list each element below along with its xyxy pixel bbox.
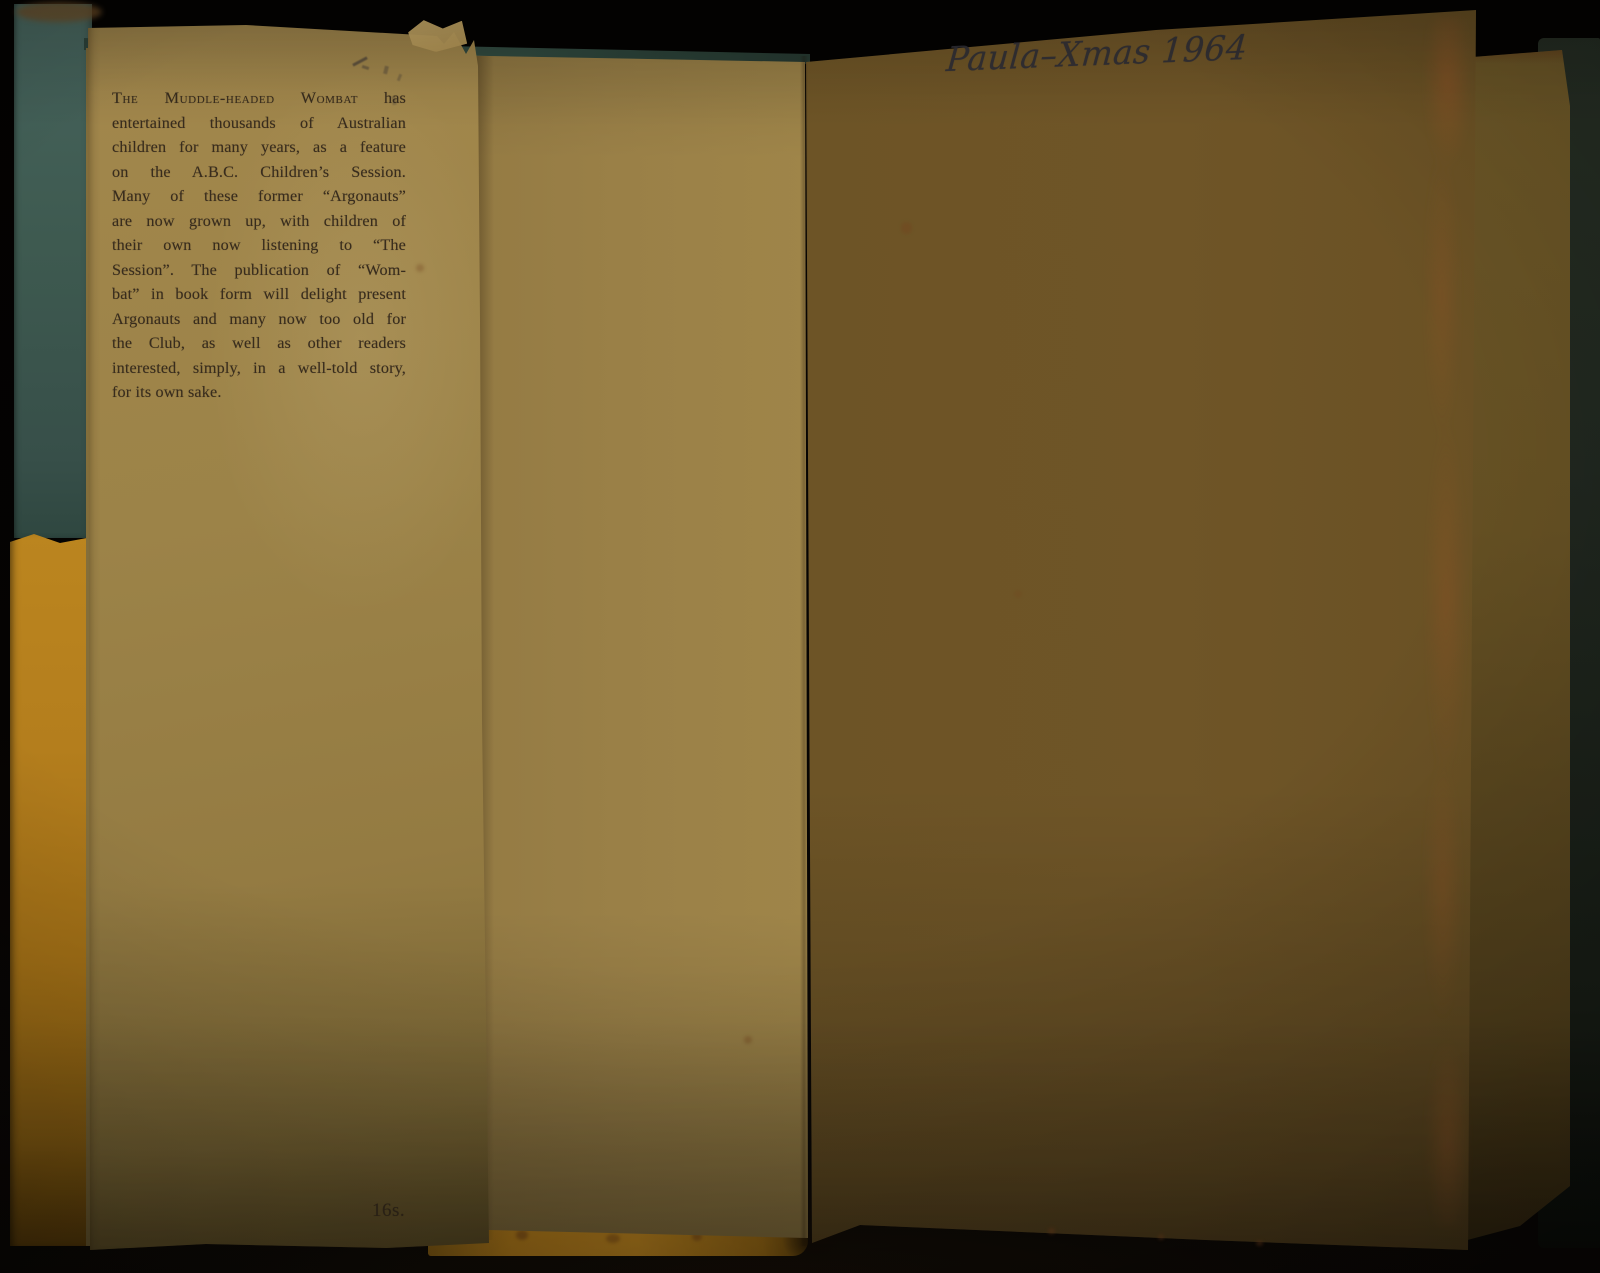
flap-text-line: Argonauts and many now too old for bbox=[112, 307, 406, 332]
left-cover-cloth-strip bbox=[14, 4, 92, 538]
foxing-band bbox=[1398, 18, 1478, 1228]
left-jacket-yellow-strip bbox=[10, 534, 92, 1246]
flap-blurb-lead-rest: has bbox=[358, 89, 406, 107]
flap-text-line: entertained thousands of Australian bbox=[112, 111, 406, 136]
cover-worn-top-edge bbox=[16, 2, 102, 22]
flap-text-line: Session”. The publication of “Wom- bbox=[112, 258, 406, 283]
flap-price: 16s. bbox=[372, 1200, 405, 1222]
flap-text-line: their own now listening to “The bbox=[112, 233, 406, 258]
foxing-spot bbox=[744, 1036, 752, 1044]
flap-blurb-lead: The Muddle-headed Wombat bbox=[112, 89, 358, 107]
book-photo: Paula–Xmas 1964 The Muddle-headed Wombat… bbox=[0, 0, 1600, 1273]
flap-text-line: are now grown up, with children of bbox=[112, 209, 406, 234]
gutter-fold-line bbox=[800, 56, 808, 1246]
flap-text-line: Many of these former “Argonauts” bbox=[112, 184, 406, 209]
foxing-spot bbox=[516, 1230, 528, 1240]
flap-text-line: interested, simply, in a well-told story… bbox=[112, 356, 406, 381]
foxing-spot bbox=[1048, 1228, 1055, 1234]
flap-text-line: on the A.B.C. Children’s Session. bbox=[112, 160, 406, 185]
flap-text-line: children for many years, as a feature bbox=[112, 135, 406, 160]
front-free-endpaper bbox=[806, 4, 1478, 1266]
flap-text-line-first: The Muddle-headed Wombat has bbox=[112, 86, 406, 111]
foxing-spot bbox=[901, 222, 912, 234]
foxing-spot bbox=[1256, 1240, 1263, 1246]
flap-body-lines: entertained thousands of Australianchild… bbox=[112, 111, 406, 381]
flap-text-line: the Club, as well as other readers bbox=[112, 331, 406, 356]
foxing-spot bbox=[1014, 590, 1022, 598]
foxing-spot bbox=[1158, 1234, 1164, 1240]
flap-text-line: bat” in book form will delight present bbox=[112, 282, 406, 307]
foxing-spot bbox=[606, 1234, 620, 1243]
flap-blurb: The Muddle-headed Wombat has entertained… bbox=[112, 86, 406, 405]
foxing-spot bbox=[416, 264, 424, 272]
flap-text-line-last: for its own sake. bbox=[112, 380, 406, 405]
